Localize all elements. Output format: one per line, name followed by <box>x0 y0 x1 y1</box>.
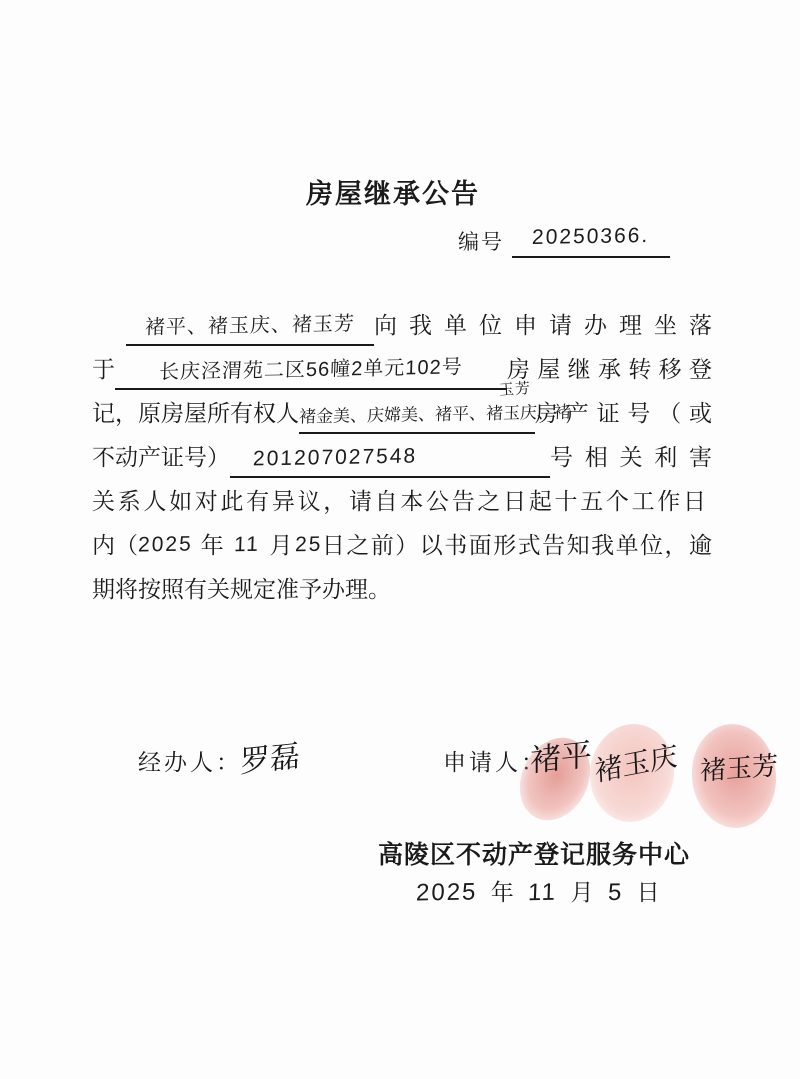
issue-day-label: 日 <box>637 879 661 905</box>
body-line-7-print: 期将按照有关规定准予办理。 <box>92 568 391 612</box>
deadline-day-handwritten: 25 <box>294 524 323 569</box>
body-line-6: 内（ 2025 年 11 月 25 日之前）以书面形式告知我单位，逾 <box>92 524 712 568</box>
applicants-handwritten: 褚平、褚玉庆、褚玉芳 <box>144 304 355 348</box>
document-number-row: 编号 20250366. <box>458 222 670 258</box>
body-line-1-print: 向我单位申请办理坐落 <box>374 304 712 348</box>
issue-month-handwritten: 11 <box>528 879 558 908</box>
owners-superscript-handwritten: 玉芳 <box>499 381 532 398</box>
inheritance-notice-document: 房屋继承公告 编号 20250366. 褚平、褚玉庆、褚玉芳 向我单位申请办理坐… <box>0 0 800 1079</box>
body-line-1: 褚平、褚玉庆、褚玉芳 向我单位申请办理坐落 <box>92 304 712 348</box>
body-line-6-print-4: 日之前）以书面形式告知我单位，逾 <box>322 524 712 568</box>
body-line-2: 于 长庆泾渭苑二区56幢2单元102号 房屋继承转移登 <box>92 348 712 392</box>
applicants-blank: 褚平、褚玉庆、褚玉芳 <box>126 304 374 346</box>
issue-date-row: 2025 年 11 月 5 日 <box>410 874 661 907</box>
body-line-7: 期将按照有关规定准予办理。 <box>92 568 712 612</box>
body-line-3: 记，原房屋所有权人 褚金美、庆嫦美、褚平、褚玉庆、褚玉芳 房产证号（或 <box>92 392 712 436</box>
body-line-5: 关系人如对此有异议，请自本公告之日起十五个工作日 <box>92 480 712 524</box>
issuing-org-name: 高陵区不动产登记服务中心 <box>378 835 690 871</box>
document-title: 房屋继承公告 <box>306 172 480 211</box>
owners-handwritten: 褚金美、庆嫦美、褚平、褚玉庆、褚 <box>298 393 571 438</box>
cert-number-handwritten: 201207027548 <box>252 437 418 480</box>
owners-blank: 褚金美、庆嫦美、褚平、褚玉庆、褚玉芳 <box>299 392 535 434</box>
body-line-6-print-3: 月 <box>270 524 293 568</box>
number-underline: 20250366. <box>512 222 670 258</box>
number-label: 编号 <box>458 228 512 258</box>
body-line-6-print-2: 年 <box>201 524 224 568</box>
address-blank: 长庆泾渭苑二区56幢2单元102号 <box>115 348 507 390</box>
body-line-2-prefix: 于 <box>92 348 115 392</box>
body-line-5-print: 关系人如对此有异议，请自本公告之日起十五个工作日 <box>92 480 706 524</box>
notice-body: 褚平、褚玉庆、褚玉芳 向我单位申请办理坐落 于 长庆泾渭苑二区56幢2单元102… <box>92 304 712 612</box>
cert-number-blank: 201207027548 <box>230 436 550 478</box>
issue-month-label: 月 <box>570 879 594 905</box>
applicant-signature-3: 褚玉芳 <box>700 745 778 788</box>
deadline-year-handwritten: 2025 <box>137 524 193 569</box>
handler-signature: 罗磊 <box>240 731 300 782</box>
number-value-handwritten: 20250366. <box>532 221 650 253</box>
body-line-4: 不动产证号） 201207027548 号相关利害 <box>92 436 712 480</box>
body-line-4-print: 号相关利害 <box>550 436 712 480</box>
issue-year-handwritten: 2025 <box>416 878 478 907</box>
applicant-signature-1: 褚平 <box>530 729 592 781</box>
body-line-2-print: 房屋继承转移登 <box>507 348 712 392</box>
body-line-6-print-1: 内（ <box>92 524 138 568</box>
address-handwritten: 长庆泾渭苑二区56幢2单元102号 <box>158 347 463 392</box>
issue-day-handwritten: 5 <box>607 879 623 907</box>
issue-year-label: 年 <box>491 879 515 905</box>
body-line-4-prefix: 不动产证号） <box>92 436 230 480</box>
body-line-3-prefix: 记，原房屋所有权人 <box>92 392 299 436</box>
deadline-month-handwritten: 11 <box>233 524 260 568</box>
handler-label: 经办人： <box>138 744 242 777</box>
